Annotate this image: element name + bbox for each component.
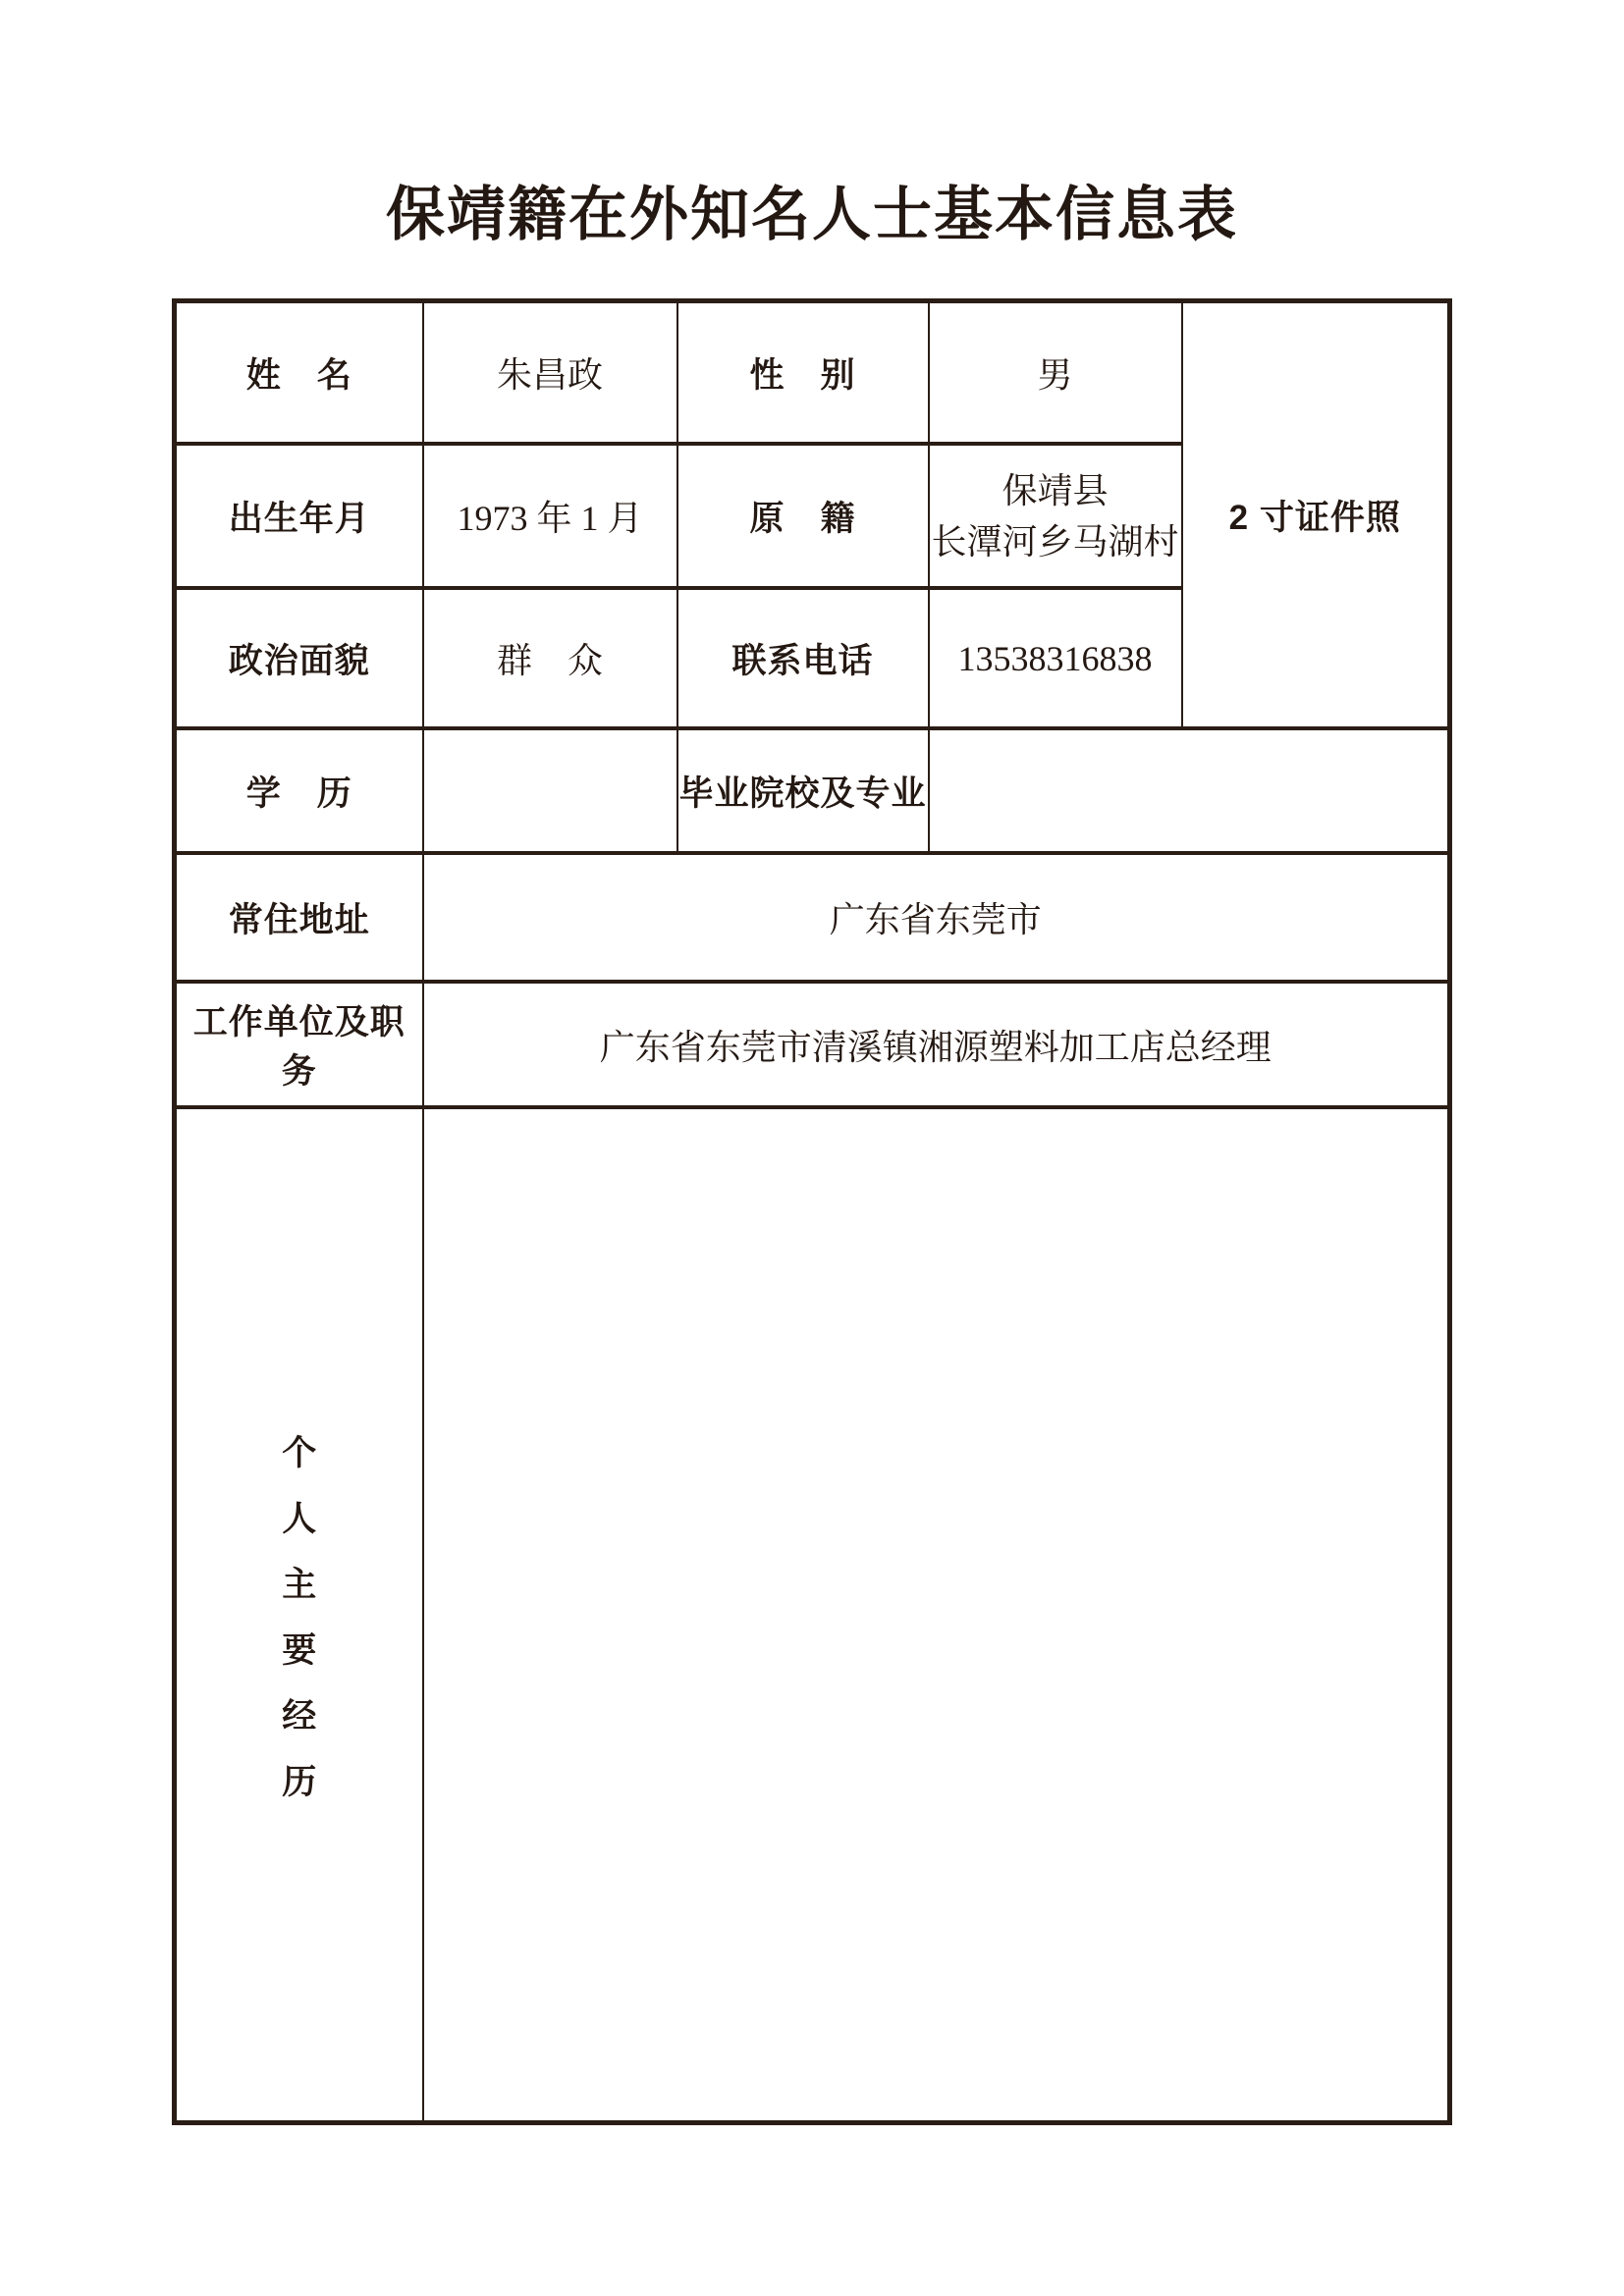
origin-value-line2: 长潭河乡马湖村 bbox=[930, 516, 1181, 567]
row-education-school: 学 历 毕业院校及专业 bbox=[175, 728, 1450, 853]
experience-label-cell: 个 人 主 要 经 历 bbox=[175, 1107, 423, 2123]
experience-label-char: 经 bbox=[282, 1689, 316, 1738]
experience-label-char: 主 bbox=[282, 1558, 316, 1607]
row-name-gender: 姓 名 朱昌政 性 别 男 2 寸证件照 bbox=[175, 301, 1450, 445]
experience-vertical-label: 个 人 主 要 经 历 bbox=[177, 1426, 422, 1804]
experience-label-char: 要 bbox=[282, 1624, 316, 1673]
political-label-cell: 政治面貌 bbox=[175, 588, 423, 728]
origin-label-cell: 原 籍 bbox=[677, 444, 929, 588]
name-value-cell: 朱昌政 bbox=[423, 301, 677, 445]
address-label-cell: 常住地址 bbox=[175, 853, 423, 982]
phone-label-cell: 联系电话 bbox=[677, 588, 929, 728]
education-label-cell: 学 历 bbox=[175, 728, 423, 853]
political-value-cell: 群 众 bbox=[423, 588, 677, 728]
school-value-cell bbox=[929, 728, 1450, 853]
birth-value-cell: 1973 年 1 月 bbox=[423, 444, 677, 588]
page-title: 保靖籍在外知名人士基本信息表 bbox=[0, 0, 1624, 249]
work-label-cell: 工作单位及职务 bbox=[175, 982, 423, 1107]
experience-label-char: 历 bbox=[282, 1755, 316, 1804]
photo-placeholder-cell: 2 寸证件照 bbox=[1182, 301, 1450, 729]
row-address: 常住地址 广东省东莞市 bbox=[175, 853, 1450, 982]
row-experience: 个 人 主 要 经 历 bbox=[175, 1107, 1450, 2123]
info-table: 姓 名 朱昌政 性 别 男 2 寸证件照 出生年月 1973 年 1 月 原 籍… bbox=[172, 298, 1452, 2125]
phone-value-cell: 13538316838 bbox=[929, 588, 1182, 728]
form-page: 保靖籍在外知名人士基本信息表 姓 名 朱昌政 性 别 男 2 寸证件照 出生年月… bbox=[0, 0, 1624, 2296]
origin-value-cell: 保靖县 长潭河乡马湖村 bbox=[929, 444, 1182, 588]
birth-label-cell: 出生年月 bbox=[175, 444, 423, 588]
education-value-cell bbox=[423, 728, 677, 853]
address-value-cell: 广东省东莞市 bbox=[423, 853, 1450, 982]
work-value-cell: 广东省东莞市清溪镇湘源塑料加工店总经理 bbox=[423, 982, 1450, 1107]
name-label-cell: 姓 名 bbox=[175, 301, 423, 445]
experience-label-char: 人 bbox=[282, 1492, 316, 1541]
experience-value-cell bbox=[423, 1107, 1450, 2123]
gender-label-cell: 性 别 bbox=[677, 301, 929, 445]
school-label-cell: 毕业院校及专业 bbox=[677, 728, 929, 853]
gender-value-cell: 男 bbox=[929, 301, 1182, 445]
experience-label-char: 个 bbox=[282, 1426, 316, 1475]
origin-value-line1: 保靖县 bbox=[930, 465, 1181, 516]
row-work: 工作单位及职务 广东省东莞市清溪镇湘源塑料加工店总经理 bbox=[175, 982, 1450, 1107]
